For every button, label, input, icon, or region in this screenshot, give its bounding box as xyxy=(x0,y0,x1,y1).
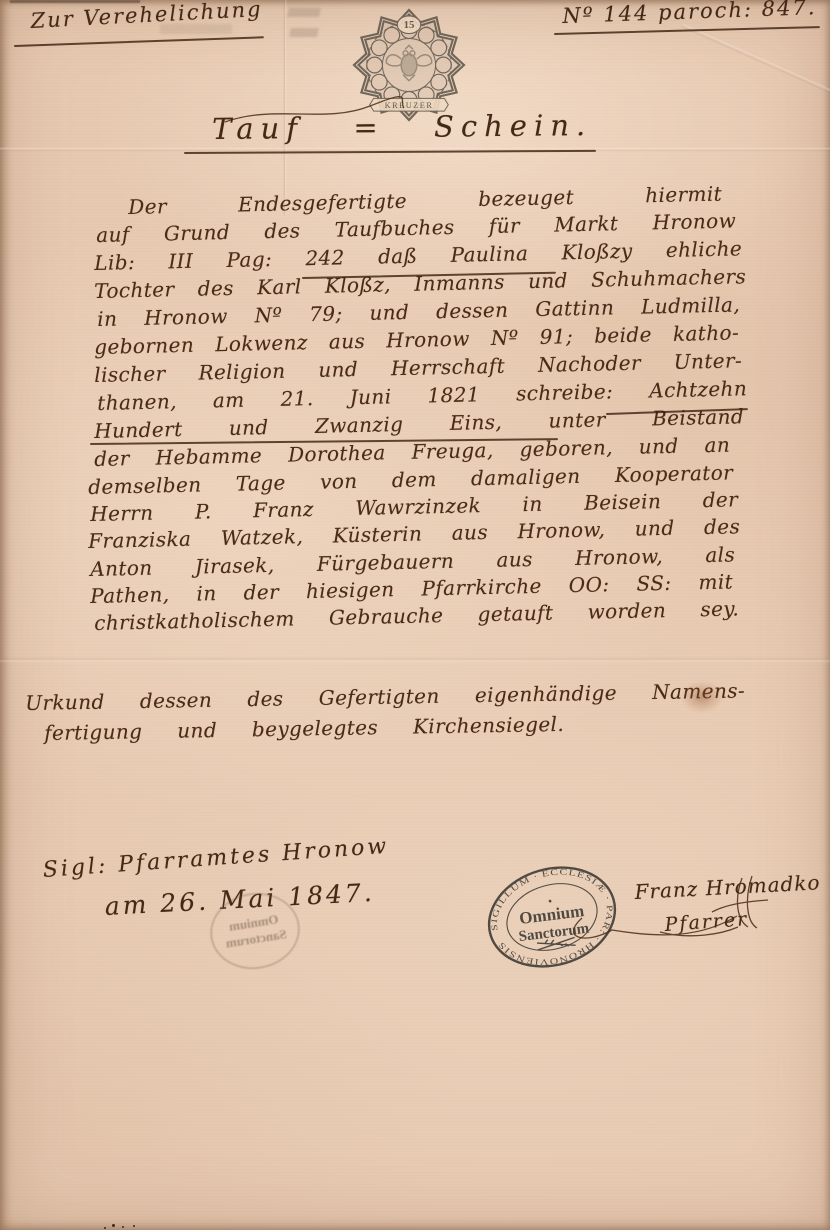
registry-number-underline xyxy=(554,26,820,35)
registry-number: Nº 144 paroch: 847. xyxy=(562,0,817,28)
ink-speck xyxy=(104,1227,106,1229)
ink-offset-smudge xyxy=(289,28,319,37)
signature-title: Pfarrer xyxy=(664,908,749,936)
stamp-value-label: 15 xyxy=(404,19,415,31)
revenue-stamp: 15 KREUZER xyxy=(350,10,468,120)
title-underline xyxy=(184,150,596,155)
ink-speck xyxy=(112,1224,115,1227)
ink-offset-smudge xyxy=(287,8,321,17)
top-edge-dark-mark xyxy=(10,0,140,3)
diagonal-corner-crease xyxy=(681,23,830,120)
closing-line: Urkund dessen des Gefertigten eigenhändi… xyxy=(25,679,745,715)
signature-name: Franz Hromadko xyxy=(634,870,821,904)
ink-speck xyxy=(122,1226,124,1228)
ink-speck xyxy=(133,1225,135,1227)
vertical-fold-crease xyxy=(283,0,287,215)
document-title: Tauf = Schein. xyxy=(212,108,592,146)
parish-seal: SIGILLUM ∙ ECCLESIÆ ∙ PAR: ∙ HRONOVIENSI… xyxy=(484,864,620,970)
closing-line: fertigung und beygelegtes Kirchensiegel. xyxy=(44,713,564,745)
issuance-place: Sigl: Pfarramtes Hronow xyxy=(42,834,390,883)
horizontal-fold-crease-middle xyxy=(0,657,830,663)
seal-center-dot xyxy=(548,900,551,903)
top-left-annotation: Zur Verehelichung xyxy=(30,0,263,33)
baptismal-certificate-page: Zur Verehelichung 15 xyxy=(0,0,830,1230)
annotation-underline xyxy=(14,36,264,47)
